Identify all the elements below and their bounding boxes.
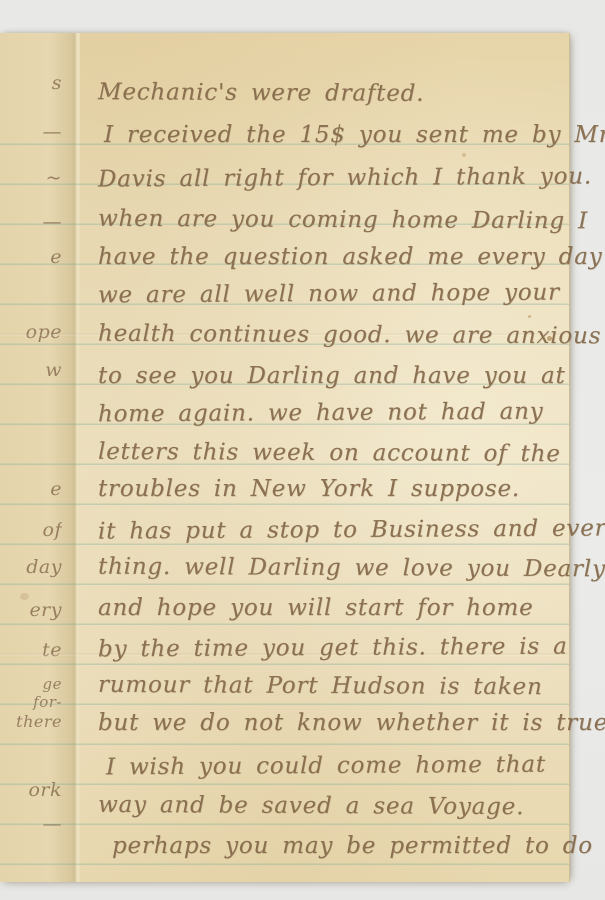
letter-page: s — ~ — e ope w e of day ery te ge for- … (0, 33, 570, 882)
letter-line: health continues good. we are anxious (98, 319, 601, 352)
margin-fragment: s (0, 71, 62, 95)
letter-line: troubles in New York I suppose. (98, 474, 520, 504)
letter-line: we are all well now and hope your (98, 278, 560, 311)
foxing-speck (528, 315, 531, 318)
letter-line: rumour that Port Hudson is taken (98, 670, 543, 702)
letter-line: home again. we have not had any (98, 397, 544, 430)
letter-line: it has put a stop to Business and every (98, 513, 605, 546)
letter-line: when are you coming home Darling I (98, 204, 588, 237)
letter-line: I received the 15$ you sent me by Mr (104, 120, 605, 150)
letter-line: but we do not know whether it is true (98, 708, 605, 738)
letter-line: perhaps you may be permitted to do so (112, 831, 605, 861)
letter-line: Davis all right for which I thank you. (98, 161, 592, 194)
letter-line: and hope you will start for home (98, 593, 534, 623)
letter-line: thing. well Darling we love you Dearly (98, 552, 605, 585)
letter-line: Mechanic's were drafted. (98, 77, 424, 109)
letter-line: letters this week on account of the (98, 437, 561, 469)
letter-line: to see you Darling and have you at (98, 361, 566, 391)
foxing-speck (462, 153, 466, 157)
letter-line: I wish you could come home that (106, 750, 546, 783)
letter-line: way and be saved a sea Voyage. (98, 790, 524, 822)
letter-line: by the time you get this. there is a (98, 632, 568, 665)
letter-line: have the question asked me every day (98, 242, 603, 272)
foxing-speck (20, 593, 29, 600)
